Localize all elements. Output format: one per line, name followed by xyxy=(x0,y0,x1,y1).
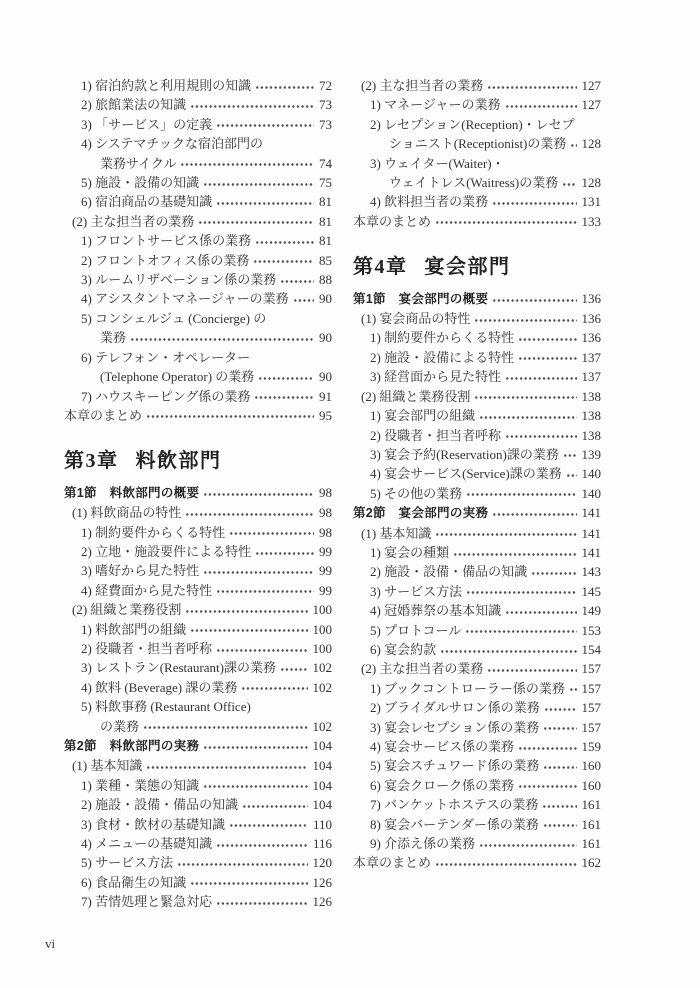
toc-entry: 1) 宿泊約款と利用規則の知識72 xyxy=(64,76,332,95)
toc-page-number: 99 xyxy=(319,581,332,600)
toc-entry-text: (Telephone Operator) の業務 xyxy=(100,367,254,386)
toc-entry-text: 2) 役職者・担当者呼称 xyxy=(370,426,501,445)
chapter-title: 宴会部門 xyxy=(425,256,511,278)
toc-entry-text: 2) 旅館業法の知識 xyxy=(81,95,186,114)
toc-page-number: 149 xyxy=(582,601,602,620)
toc-entry-text: 本章のまとめ xyxy=(64,406,142,425)
toc-entry-text: 3) ウェイター(Waiter)・ xyxy=(370,154,505,173)
toc-page-number: 161 xyxy=(582,815,602,834)
toc-page-number: 141 xyxy=(582,524,602,543)
toc-section-entry: 第2節 料飲部門の実務104 xyxy=(64,736,332,756)
toc-entry: 4) 冠婚葬祭の基本知識149 xyxy=(353,601,601,620)
toc-entry: の業務102 xyxy=(64,717,332,736)
toc-page-number: 102 xyxy=(313,717,333,736)
dot-leader xyxy=(216,115,314,134)
dot-leader xyxy=(203,561,314,580)
dot-leader xyxy=(543,718,576,737)
toc-entry: 6) 宿泊商品の基礎知識81 xyxy=(64,192,332,211)
toc-entry-text: ショニスト(Receptionist)の業務 xyxy=(389,134,566,153)
toc-page-number: 88 xyxy=(319,270,332,289)
dot-leader xyxy=(198,212,314,231)
toc-page: 1) 宿泊約款と利用規則の知識722) 旅館業法の知識733) 「サービス」の定… xyxy=(0,0,700,988)
toc-page-number: 104 xyxy=(313,795,333,814)
toc-page-number: 98 xyxy=(319,503,332,522)
toc-entry: ショニスト(Receptionist)の業務128 xyxy=(353,134,601,153)
toc-entry: 2) 施設・設備による特性137 xyxy=(353,348,601,367)
toc-entry-text: (1) 料飲商品の特性 xyxy=(72,503,181,522)
toc-page-number: 128 xyxy=(582,173,602,192)
toc-entry: 1) 料飲部門の組織100 xyxy=(64,620,332,639)
toc-entry-text: 4) 冠婚葬祭の基本知識 xyxy=(370,601,501,620)
toc-page-number: 100 xyxy=(313,620,333,639)
toc-entry: 業務サイクル74 xyxy=(64,154,332,173)
toc-entry: 3) サービス方法145 xyxy=(353,582,601,601)
dot-leader xyxy=(479,406,576,425)
toc-entry-text: 2) 役職者・担当者呼称 xyxy=(81,639,212,658)
toc-entry: (1) 宴会商品の特性136 xyxy=(353,309,601,328)
toc-entry-text: 本章のまとめ xyxy=(353,853,431,872)
toc-page-number: 90 xyxy=(319,289,332,308)
toc-entry: 2) 役職者・担当者呼称100 xyxy=(64,639,332,658)
toc-page-number: 99 xyxy=(319,542,332,561)
toc-entry-text: 6) 宴会約款 xyxy=(370,640,436,659)
toc-entry: 2) ブライダルサロン係の業務157 xyxy=(353,698,601,717)
toc-entry: 2) 役職者・担当者呼称138 xyxy=(353,426,601,445)
dot-leader xyxy=(293,289,314,308)
dot-leader xyxy=(435,853,576,872)
toc-entry: 1) フロントサービス係の業務81 xyxy=(64,231,332,250)
toc-entry: 5) 施設・設備の知識75 xyxy=(64,173,332,192)
toc-page-number: 127 xyxy=(582,76,602,95)
toc-page-number: 102 xyxy=(313,658,333,677)
dot-leader xyxy=(518,348,576,367)
toc-entry: 1) 制約要件からくる特性98 xyxy=(64,523,332,542)
dot-leader xyxy=(185,600,307,619)
toc-entry: (Telephone Operator) の業務90 xyxy=(64,367,332,386)
toc-entry-text: 3) 「サービス」の定義 xyxy=(81,115,212,134)
toc-entry-text: 1) 宴会部門の組織 xyxy=(370,406,475,425)
toc-entry: 3) ウェイター(Waiter)・ xyxy=(353,154,601,173)
toc-page-number: 157 xyxy=(582,659,602,678)
toc-entry-text: 第1節 料飲部門の概要 xyxy=(64,484,199,503)
toc-entry: 1) 宴会の種類141 xyxy=(353,543,601,562)
dot-leader xyxy=(229,523,314,542)
toc-page-number: 136 xyxy=(582,309,602,328)
toc-entry: 4) メニューの基礎知識116 xyxy=(64,834,332,853)
toc-entry: 5) 料飲事務 (Restaurant Office) xyxy=(64,697,332,716)
dot-leader xyxy=(465,621,576,640)
toc-page-number: 104 xyxy=(313,776,333,795)
toc-entry: 3) レストラン(Restaurant)課の業務102 xyxy=(64,658,332,677)
toc-entry-text: 9) 介添え係の業務 xyxy=(370,834,475,853)
toc-entry: 3) 経営面から見た特性137 xyxy=(353,367,601,386)
dot-leader xyxy=(563,445,577,464)
toc-entry: 4) 飲料担当者の業務131 xyxy=(353,192,601,211)
toc-page-number: 140 xyxy=(582,464,602,483)
dot-leader xyxy=(518,737,576,756)
toc-page-number: 74 xyxy=(319,154,332,173)
toc-page-number: 102 xyxy=(313,678,333,697)
dot-leader xyxy=(190,95,314,114)
toc-entry: (2) 組織と業務役割100 xyxy=(64,600,332,619)
toc-entry: 3) 食材・飲材の基礎知識110 xyxy=(64,815,332,834)
toc-page-number: 127 xyxy=(582,95,602,114)
toc-entry-text: の業務 xyxy=(100,717,139,736)
toc-entry-text: (2) 主な担当者の業務 xyxy=(361,659,483,678)
toc-page-number: 162 xyxy=(582,853,602,872)
toc-entry: 本章のまとめ162 xyxy=(353,853,601,872)
toc-entry: (2) 主な担当者の業務157 xyxy=(353,659,601,678)
dot-leader xyxy=(505,601,576,620)
dot-leader xyxy=(177,853,307,872)
toc-entry: 1) 宴会部門の組織138 xyxy=(353,406,601,425)
dot-leader xyxy=(146,406,314,425)
toc-page-number: 81 xyxy=(319,192,332,211)
toc-entry: 業務90 xyxy=(64,328,332,347)
toc-entry-text: 1) 業種・業態の知識 xyxy=(81,776,199,795)
toc-entry-text: 7) バンケットホステスの業務 xyxy=(370,795,538,814)
toc-entry-text: 3) レストラン(Restaurant)課の業務 xyxy=(81,658,276,677)
toc-entry-text: 1) 制約要件からくる特性 xyxy=(81,523,225,542)
dot-leader xyxy=(216,581,314,600)
toc-entry-text: (1) 宴会商品の特性 xyxy=(361,309,470,328)
toc-entry-text: (2) 主な担当者の業務 xyxy=(361,76,483,95)
toc-page-number: 81 xyxy=(319,212,332,231)
toc-entry: 6) 食品衛生の知識126 xyxy=(64,873,332,892)
toc-entry: 4) 宴会サービス(Service)課の業務140 xyxy=(353,464,601,483)
toc-entry-text: 5) 料飲事務 (Restaurant Office) xyxy=(81,697,251,716)
toc-entry: 本章のまとめ95 xyxy=(64,406,332,425)
toc-page-number: 75 xyxy=(319,173,332,192)
toc-entry-text: 2) 施設・設備・備品の知識 xyxy=(370,562,527,581)
toc-page-number: 140 xyxy=(582,484,602,503)
dot-leader xyxy=(242,795,307,814)
toc-entry: 6) 宴会約款154 xyxy=(353,640,601,659)
dot-leader xyxy=(466,582,576,601)
toc-entry: 7) バンケットホステスの業務161 xyxy=(353,795,601,814)
toc-entry-text: 3) 宴会予約(Reservation)課の業務 xyxy=(370,445,559,464)
dot-leader xyxy=(255,76,314,95)
toc-entry: 2) レセプション(Reception)・レセプ xyxy=(353,115,601,134)
toc-page-number: 104 xyxy=(313,756,333,775)
toc-page-number: 100 xyxy=(313,600,333,619)
toc-entry-text: 3) サービス方法 xyxy=(370,582,462,601)
toc-page-number: 138 xyxy=(582,387,602,406)
toc-entry-text: 6) 宴会クローク係の業務 xyxy=(370,776,514,795)
dot-leader xyxy=(229,815,308,834)
dot-leader xyxy=(280,270,314,289)
toc-page-number: 141 xyxy=(582,543,602,562)
toc-page-number: 100 xyxy=(313,639,333,658)
toc-entry-text: (2) 組織と業務役割 xyxy=(72,600,181,619)
dot-leader xyxy=(570,134,576,153)
dot-leader xyxy=(203,173,314,192)
toc-entry-text: 6) テレフォン・オペレーター xyxy=(81,348,250,367)
toc-entry-text: (1) 基本知識 xyxy=(72,756,142,775)
dot-leader xyxy=(203,483,314,503)
toc-page-number: 160 xyxy=(582,756,602,775)
toc-page-number: 153 xyxy=(582,621,602,640)
toc-entry-text: 4) アシスタントマネージャーの業務 xyxy=(81,289,289,308)
toc-entry-text: 3) 宴会レセプション係の業務 xyxy=(370,718,539,737)
dot-leader xyxy=(474,387,576,406)
toc-entry-text: 2) 施設・設備による特性 xyxy=(370,348,514,367)
dot-leader xyxy=(566,464,577,483)
dot-leader xyxy=(203,736,307,756)
toc-page-number: 126 xyxy=(313,873,333,892)
dot-leader xyxy=(487,76,576,95)
toc-entry-text: 3) 嗜好から見た特性 xyxy=(81,561,199,580)
toc-entry-text: 本章のまとめ xyxy=(353,212,431,231)
toc-page-number: 154 xyxy=(582,640,602,659)
chapter-title: 料飲部門 xyxy=(136,450,222,472)
toc-entry: 1) ブックコントローラー係の業務157 xyxy=(353,679,601,698)
toc-section-entry: 第1節 宴会部門の概要136 xyxy=(353,289,601,309)
dot-leader xyxy=(543,815,577,834)
toc-entry-text: 1) マネージャーの業務 xyxy=(370,95,501,114)
toc-entry-text: 2) フロントオフィス係の業務 xyxy=(81,251,249,270)
toc-entry: (2) 組織と業務役割138 xyxy=(353,387,601,406)
toc-entry: 5) サービス方法120 xyxy=(64,853,332,872)
toc-page-number: 91 xyxy=(319,387,332,406)
toc-entry-text: 6) 食品衛生の知識 xyxy=(81,873,186,892)
toc-entry: 5) 宴会スチュワード係の業務160 xyxy=(353,756,601,775)
toc-entry-text: 1) 宿泊約款と利用規則の知識 xyxy=(81,76,251,95)
dot-leader xyxy=(492,503,576,523)
toc-entry-text: 2) 立地・施設要件による特性 xyxy=(81,542,251,561)
toc-page-number: 157 xyxy=(582,698,602,717)
toc-entry: 3) 宴会レセプション係の業務157 xyxy=(353,718,601,737)
toc-entry-text: 8) 宴会バーテンダー係の業務 xyxy=(370,815,539,834)
toc-entry: (2) 主な担当者の業務81 xyxy=(64,212,332,231)
toc-entry-text: 1) 宴会の種類 xyxy=(370,543,449,562)
toc-section-entry: 第1節 料飲部門の概要98 xyxy=(64,483,332,503)
dot-leader xyxy=(440,640,576,659)
toc-page-number: 145 xyxy=(582,582,602,601)
toc-column-right: (2) 主な担当者の業務1271) マネージャーの業務1272) レセプション(… xyxy=(353,76,601,873)
toc-page-number: 136 xyxy=(582,328,602,347)
toc-entry-text: 第2節 宴会部門の実務 xyxy=(353,504,488,523)
toc-entry-text: 2) ブライダルサロン係の業務 xyxy=(370,698,540,717)
dot-leader xyxy=(435,212,576,231)
dot-leader xyxy=(254,387,314,406)
dot-leader xyxy=(474,309,576,328)
dot-leader xyxy=(543,756,576,775)
toc-page-number: 128 xyxy=(582,134,602,153)
toc-page-number: 98 xyxy=(319,523,332,542)
toc-entry-text: 業務 xyxy=(100,328,126,347)
toc-entry-text: 第1節 宴会部門の概要 xyxy=(353,290,488,309)
toc-entry-text: 5) 宴会スチュワード係の業務 xyxy=(370,756,539,775)
toc-entry-text: 1) フロントサービス係の業務 xyxy=(81,231,251,250)
toc-entry-text: 1) 料飲部門の組織 xyxy=(81,620,186,639)
dot-leader xyxy=(466,484,576,503)
toc-entry: 4) 経費面から見た特性99 xyxy=(64,581,332,600)
toc-entry: 2) 旅館業法の知識73 xyxy=(64,95,332,114)
toc-entry: 3) 「サービス」の定義73 xyxy=(64,115,332,134)
toc-entry: 4) アシスタントマネージャーの業務90 xyxy=(64,289,332,308)
toc-entry: (1) 料飲商品の特性98 xyxy=(64,503,332,522)
toc-page-number: 110 xyxy=(313,815,332,834)
dot-leader xyxy=(241,678,307,697)
toc-entry: 1) 業種・業態の知識104 xyxy=(64,776,332,795)
toc-entry-text: 第2節 料飲部門の実務 xyxy=(64,737,199,756)
toc-column-left: 1) 宿泊約款と利用規則の知識722) 旅館業法の知識733) 「サービス」の定… xyxy=(64,76,332,912)
toc-page-number: 160 xyxy=(582,776,602,795)
toc-page-number: 85 xyxy=(319,251,332,270)
toc-entry-text: 5) コンシェルジュ (Concierge) の xyxy=(81,309,266,328)
dot-leader xyxy=(487,659,576,678)
toc-entry-text: 5) サービス方法 xyxy=(81,853,173,872)
toc-entry: 5) コンシェルジュ (Concierge) の xyxy=(64,309,332,328)
toc-entry-text: 7) 苦情処理と緊急対応 xyxy=(81,892,212,911)
toc-page-number: 95 xyxy=(319,406,332,425)
dot-leader xyxy=(544,698,577,717)
toc-entry-text: 4) メニューの基礎知識 xyxy=(81,834,212,853)
toc-page-number: 136 xyxy=(582,289,602,308)
dot-leader xyxy=(479,834,576,853)
toc-entry: 6) 宴会クローク係の業務160 xyxy=(353,776,601,795)
dot-leader xyxy=(216,834,308,853)
toc-page-number: 133 xyxy=(582,212,602,231)
toc-page-number: 141 xyxy=(582,503,602,522)
dot-leader xyxy=(518,776,576,795)
toc-entry-text: 7) ハウスキーピング係の業務 xyxy=(81,387,250,406)
toc-page-number: 157 xyxy=(582,679,602,698)
toc-page-number: 126 xyxy=(313,892,333,911)
toc-entry: (1) 基本知識104 xyxy=(64,756,332,775)
toc-entry: 2) 立地・施設要件による特性99 xyxy=(64,542,332,561)
chapter-number: 第4章 xyxy=(353,256,408,278)
toc-entry: (2) 主な担当者の業務127 xyxy=(353,76,601,95)
toc-page-number: 120 xyxy=(313,853,333,872)
toc-page-number: 138 xyxy=(582,406,602,425)
toc-entry-text: (2) 主な担当者の業務 xyxy=(72,212,194,231)
dot-leader xyxy=(255,542,314,561)
page-number-footer: vi xyxy=(45,936,55,952)
toc-entry-text: 3) 経営面から見た特性 xyxy=(370,367,501,386)
toc-entry-text: 3) ルームリザベーション係の業務 xyxy=(81,270,276,289)
dot-leader xyxy=(216,639,307,658)
dot-leader xyxy=(190,873,307,892)
toc-entry: 5) その他の業務140 xyxy=(353,484,601,503)
dot-leader xyxy=(180,154,314,173)
toc-entry: 1) 制約要件からくる特性136 xyxy=(353,328,601,347)
toc-page-number: 131 xyxy=(582,192,602,211)
toc-entry-text: 3) 食材・飲材の基礎知識 xyxy=(81,815,225,834)
toc-entry: 4) 宴会サービス係の業務159 xyxy=(353,737,601,756)
toc-entry-text: 4) 飲料担当者の業務 xyxy=(370,192,488,211)
toc-page-number: 138 xyxy=(582,426,602,445)
toc-entry-text: 4) 宴会サービス係の業務 xyxy=(370,737,514,756)
dot-leader xyxy=(258,367,314,386)
chapter-number: 第3章 xyxy=(64,450,119,472)
dot-leader xyxy=(280,658,308,677)
dot-leader xyxy=(569,679,577,698)
toc-page-number: 73 xyxy=(319,115,332,134)
toc-page-number: 143 xyxy=(582,562,602,581)
dot-leader xyxy=(190,620,307,639)
toc-page-number: 161 xyxy=(582,795,602,814)
toc-page-number: 98 xyxy=(319,483,332,502)
toc-entry: 6) テレフォン・オペレーター xyxy=(64,348,332,367)
toc-entry-text: 4) 宴会サービス(Service)課の業務 xyxy=(370,464,562,483)
toc-entry: 2) フロントオフィス係の業務85 xyxy=(64,251,332,270)
dot-leader xyxy=(518,328,576,347)
dot-leader xyxy=(492,289,576,309)
toc-entry-text: ウェイトレス(Waitress)の業務 xyxy=(389,173,558,192)
toc-entry: 3) ルームリザベーション係の業務88 xyxy=(64,270,332,289)
dot-leader xyxy=(146,756,307,775)
toc-page-number: 161 xyxy=(582,834,602,853)
toc-entry-text: 1) 制約要件からくる特性 xyxy=(370,328,514,347)
toc-entry: 7) 苦情処理と緊急対応126 xyxy=(64,892,332,911)
toc-entry-text: 5) プロトコール xyxy=(370,621,461,640)
toc-entry: (1) 基本知識141 xyxy=(353,524,601,543)
chapter-heading: 第4章宴会部門 xyxy=(353,258,601,277)
toc-entry: 3) 宴会予約(Reservation)課の業務139 xyxy=(353,445,601,464)
toc-page-number: 139 xyxy=(582,445,602,464)
toc-entry-text: 2) 施設・設備・備品の知識 xyxy=(81,795,238,814)
dot-leader xyxy=(435,524,576,543)
toc-page-number: 157 xyxy=(582,718,602,737)
dot-leader xyxy=(505,426,576,445)
toc-entry-text: 5) その他の業務 xyxy=(370,484,462,503)
toc-page-number: 99 xyxy=(319,561,332,580)
toc-entry-text: 1) ブックコントローラー係の業務 xyxy=(370,679,565,698)
dot-leader xyxy=(531,562,576,581)
toc-page-number: 73 xyxy=(319,95,332,114)
toc-entry: 8) 宴会バーテンダー係の業務161 xyxy=(353,815,601,834)
toc-page-number: 90 xyxy=(319,328,332,347)
dot-leader xyxy=(216,892,307,911)
dot-leader xyxy=(542,795,576,814)
dot-leader xyxy=(130,328,314,347)
toc-entry: 1) マネージャーの業務127 xyxy=(353,95,601,114)
toc-entry: 本章のまとめ133 xyxy=(353,212,601,231)
toc-page-number: 90 xyxy=(319,367,332,386)
toc-entry-text: 4) 経費面から見た特性 xyxy=(81,581,212,600)
dot-leader xyxy=(505,95,577,114)
toc-entry: 7) ハウスキーピング係の業務91 xyxy=(64,387,332,406)
dot-leader xyxy=(255,231,314,250)
dot-leader xyxy=(253,251,314,270)
toc-entry: 4) システマチックな宿泊部門の xyxy=(64,134,332,153)
chapter-heading: 第3章料飲部門 xyxy=(64,452,332,471)
dot-leader xyxy=(143,717,307,736)
toc-page-number: 159 xyxy=(582,737,602,756)
toc-entry: 4) 飲料 (Beverage) 課の業務102 xyxy=(64,678,332,697)
toc-entry: 2) 施設・設備・備品の知識104 xyxy=(64,795,332,814)
toc-entry: 2) 施設・設備・備品の知識143 xyxy=(353,562,601,581)
dot-leader xyxy=(185,503,314,522)
dot-leader xyxy=(492,192,576,211)
toc-entry: 3) 嗜好から見た特性99 xyxy=(64,561,332,580)
dot-leader xyxy=(505,367,576,386)
dot-leader xyxy=(453,543,576,562)
toc-entry-text: (1) 基本知識 xyxy=(361,524,431,543)
dot-leader xyxy=(203,776,307,795)
toc-entry-text: 業務サイクル xyxy=(100,154,176,173)
toc-entry-text: 4) システマチックな宿泊部門の xyxy=(81,134,263,153)
dot-leader xyxy=(216,192,314,211)
toc-section-entry: 第2節 宴会部門の実務141 xyxy=(353,503,601,523)
dot-leader xyxy=(562,173,576,192)
toc-page-number: 72 xyxy=(319,76,332,95)
toc-page-number: 81 xyxy=(319,231,332,250)
toc-entry-text: 2) レセプション(Reception)・レセプ xyxy=(370,115,575,134)
toc-entry: 5) プロトコール153 xyxy=(353,621,601,640)
